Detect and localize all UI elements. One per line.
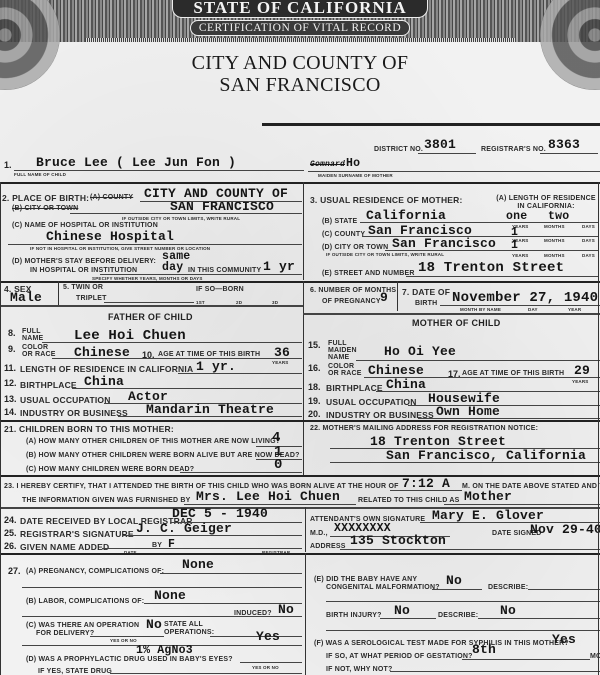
md-label: M.D., [310,530,328,537]
res-unit-days-3: DAYS [582,253,595,258]
mother-maiden-surname: Ho [346,157,360,170]
header-rule [262,123,600,126]
furnished-by: Mrs. Lee Hoi Chuen [196,489,340,504]
section-divider [0,475,600,477]
father-industry-label: INDUSTRY OR BUSINESS [20,408,128,418]
injury-describe-value: No [500,603,516,618]
mailing-label: 22. MOTHER'S MAILING ADDRESS FOR REGISTR… [310,425,538,432]
children-c-label: (C) HOW MANY CHILDREN WERE BORN DEAD? [26,466,194,473]
city-title-line1: CITY AND COUNTY OF [0,52,600,75]
mother-birthplace: China [386,377,426,392]
date-signed: Nov 29-40 [530,522,600,537]
place-of-birth-label: 2. PLACE OF BIRTH: [2,193,89,203]
stay-line [100,274,302,275]
date-received: DEC 5 - 1940 [172,506,268,521]
section-divider [0,420,600,422]
injury-value: No [394,603,410,618]
twin-label-1: 5. TWIN OR [63,284,103,291]
mother-race-label: COLOR OR RACE [328,363,364,377]
mailing-line1: 18 Trenton Street [370,434,506,449]
field-11-number: 11. [4,363,16,373]
father-age-label: AGE AT TIME OF THIS BIRTH [158,351,260,358]
related-as: Mother [464,489,512,504]
field-14-number: 14. [4,407,17,417]
father-residence: 1 yr. [196,359,236,374]
rural-note: IF OUTSIDE CITY OR TOWN LIMITS, WRITE RU… [122,216,240,221]
res-state: California [366,208,446,223]
malformation-value: No [446,573,462,588]
comp-f-period-line [462,659,590,660]
registrar-signature: J. C. Geiger [136,521,232,536]
gestation-period: 8th [472,642,496,657]
father-race-label: COLOR OR RACE [22,344,56,358]
comp-e-describe-line [528,589,600,590]
mother-occupation-label: USUAL OCCUPATION [326,397,417,407]
father-industry: Mandarin Theatre [146,402,274,417]
mother-birthplace-label: BIRTHPLACE [326,383,383,393]
injury-line2 [326,630,600,631]
pob-line2 [70,213,302,214]
mother-name: Ho Oi Yee [384,344,456,359]
comp-f-label: (F) WAS A SEROLOGICAL TEST MADE FOR SYPH… [314,640,569,647]
given-by-label: BY [152,542,162,549]
children-label: 21. CHILDREN BORN TO THIS MOTHER: [4,424,174,434]
prophylactic-drug: 1% AgNo3 [136,644,193,657]
father-occupation-label: USUAL OCCUPATION [20,395,111,405]
father-industry-line [118,416,302,417]
attendant-address: 135 Stockton [350,533,446,548]
pregnancy-label-2: OF PREGNANCY [322,298,381,305]
comp-c-label-1: (C) WAS THERE AN OPERATION [26,622,139,629]
mother-industry-line [418,418,600,419]
mother-maiden-struck: Gomnard [310,160,345,169]
attendant-signature: Mary E. Glover [432,508,544,523]
section-divider [0,281,600,283]
section-divider [0,182,600,184]
state-banner: STATE OF CALIFORNIA [172,0,428,18]
comp-e-line [432,589,482,590]
address-line [340,549,600,550]
district-number: 3801 [424,137,456,152]
dob-sub-year: YEAR [568,307,581,312]
column-divider-a [303,182,304,280]
row-rule [303,313,600,315]
field-1-number: 1. [4,160,12,170]
pregnancy-months: 9 [380,290,388,305]
furnished-line [184,504,356,505]
res-state-label: (B) STATE [322,218,357,225]
comp-e-label-1: (E) DID THE BABY HAVE ANY [314,576,417,583]
comp-f-period-label: IF SO, AT WHAT PERIOD OF GESTATION? [326,653,473,660]
comp-d-label: (D) WAS A PROPHYLACTIC DRUG USED IN BABY… [26,656,233,663]
children-a-label: (A) HOW MANY OTHER CHILDREN OF THIS MOTH… [26,438,280,445]
child-name-label: FULL NAME OF CHILD [14,172,66,177]
dob-label-1: 7. DATE OF [402,287,450,297]
father-section-title: FATHER OF CHILD [108,312,193,322]
comp-e-label-2: CONGENITAL MALFORMATION? [326,584,440,591]
res-city-line [385,250,598,251]
comp-d-state-label: IF YES, STATE DRUG [38,668,112,675]
res-city-note: IF OUTSIDE CITY OR TOWN LIMITS, WRITE RU… [326,252,444,257]
mother-maiden-line [308,171,600,172]
mother-maiden-label: MAIDEN SURNAME OF MOTHER [318,173,393,178]
column-divider-b [303,281,304,475]
mother-section-title: MOTHER OF CHILD [412,318,501,328]
dob-line [440,305,600,306]
mailing-line2-rule [330,462,600,463]
mother-industry: Own Home [436,404,500,419]
father-residence-line [178,373,302,374]
residence-length-label: (A) LENGTH OF RESIDENCE IN CALIFORNIA: [496,195,596,211]
pob-line1 [140,201,302,202]
struck-city-label: (B) CITY OR TOWN [12,205,78,212]
dob-label-2: BIRTH [415,300,437,307]
res-street: 18 Trenton Street [418,260,564,276]
comp-d-line [240,662,302,663]
column-divider-d [305,553,306,675]
section-divider [0,553,600,555]
comp-c-yes-no: YES OR NO [110,638,137,643]
res-unit-months-1: MONTHS [544,224,565,229]
field-16-number: 16. [308,363,321,373]
twin-line [104,302,194,303]
father-birthplace: China [84,374,124,389]
certification-banner: CERTIFICATION OF VITAL RECORD [190,20,410,36]
res-street-line [406,276,598,277]
twin-born-label: IF SO—BORN [196,286,244,293]
children-b-label: (B) HOW MANY OTHER CHILDREN WERE BORN AL… [26,452,300,459]
registrar-label: REGISTRAR'S NO. [481,146,546,153]
children-c-line [180,472,302,473]
registrar-line [540,153,598,154]
field-27-number: 27. [8,566,21,576]
field-18-number: 18. [308,382,321,392]
dob-sub-month: MONTH BY NAME [460,307,501,312]
injury-describe-line [478,618,600,619]
mailing-line2: San Francisco, California [386,448,586,463]
mother-age-unit: YEARS [572,379,589,384]
city-title-line2: SAN FRANCISCO [0,74,600,97]
community-value: 1 yr [263,259,295,274]
father-age-unit: YEARS [272,360,289,365]
certify-text-3: THE INFORMATION GIVEN WAS FURNISHED BY [22,497,190,504]
father-birthplace-label: BIRTHPLACE [20,380,77,390]
comp-c-state-2: OPERATIONS: [164,629,214,636]
comp-d-state-line [110,673,302,674]
res-county-label: (C) COUNTY [322,231,365,238]
comp-c-state-1: STATE ALL [164,621,203,628]
serological-test: Yes [552,632,576,647]
comp-labor: None [154,588,186,603]
children-stillborn: 0 [274,457,283,473]
field-15-number: 15. [308,340,321,350]
field-9-number: 9. [8,344,16,354]
registrar-number: 8363 [548,137,580,152]
operation-extra: Yes [256,629,280,644]
comp-a-label: (A) PREGNANCY, COMPLICATIONS OF: [26,568,164,575]
field-25-number: 25. [4,528,17,538]
res-city-label: (D) CITY OR TOWN [322,244,388,251]
res-unit-years-3: YEARS [512,253,529,258]
registrar-signature-line [122,535,302,536]
field-19-number: 19. [308,396,321,406]
field-26-number: 26. [4,541,17,551]
child-name: Bruce Lee ( Lee Jun Fon ) [36,155,236,170]
comp-d-yes-no: YES OR NO [252,665,279,670]
injury-label: BIRTH INJURY? [326,612,382,619]
field-12-number: 12. [4,378,17,388]
given-by: F [168,538,175,551]
birth-hour: 7:12 A [402,476,450,491]
hospital-line [8,244,302,245]
sex-value: Male [10,290,42,305]
mother-race: Chinese [368,363,424,378]
induced-value: No [278,602,294,617]
stay-label-2: IN HOSPITAL OR INSTITUTION [30,267,137,274]
twin-label-2: TRIPLET [76,295,107,302]
dob-sub-day: DAY [528,307,538,312]
injury-describe-label: DESCRIBE: [438,612,478,619]
comp-pregnancy: None [182,557,214,572]
mother-name-label: FULL MAIDEN NAME [328,340,360,361]
field-13-number: 13. [4,394,17,404]
sex-divider [58,281,59,305]
injury-line [380,618,436,619]
struck-county-label: (A) COUNTY [90,194,133,201]
field-20-number: 20. [308,409,321,419]
related-label: RELATED TO THIS CHILD AS [358,497,460,504]
mother-age-label: AGE AT TIME OF THIS BIRTH [462,370,564,377]
child-name-line [14,170,304,171]
date-of-birth: November 27, 1940 [452,290,598,306]
father-name-label: FULL NAME [22,328,52,342]
res-unit-days-1: DAYS [582,224,595,229]
stay-label-1: (D) MOTHER'S STAY BEFORE DELIVERY: [12,258,156,265]
form-right-border [598,182,599,675]
stay-value-2: day [162,261,183,274]
father-name-line [42,342,302,343]
registrar-signature-label: REGISTRAR'S SIGNATURE [20,529,134,539]
res-street-label: (E) STREET AND NUMBER [322,270,415,277]
field-24-number: 24. [4,515,17,525]
comp-e-describe: DESCRIBE: [488,584,528,591]
comp-c-label-2: FOR DELIVERY? [36,630,94,637]
father-race-line [52,358,302,359]
hospital-name: Chinese Hospital [46,229,174,244]
res-city: San Francisco [392,236,496,251]
father-residence-label: LENGTH OF RESIDENCE IN CALIFORNIA [20,364,193,374]
res-unit-days-2: DAYS [582,238,595,243]
given-name-line [102,548,302,549]
dob-divider [397,281,398,311]
mother-name-line [356,360,600,361]
residence-label: 3. USUAL RESIDENCE OF MOTHER: [310,195,463,205]
mother-age: 29 [574,363,590,378]
hospital-label: (C) NAME OF HOSPITAL OR INSTITUTION [12,222,158,229]
given-name-label: GIVEN NAME ADDED [20,542,109,552]
birth-certificate: STATE OF CALIFORNIA CERTIFICATION OF VIT… [0,0,600,675]
district-label: DISTRICT NO. [374,146,423,153]
hour-line [390,490,462,491]
res-unit-months-3: MONTHS [544,253,565,258]
father-birthplace-line [72,388,302,389]
comp-c-line [90,636,164,637]
related-line [444,504,600,505]
comp-f-why-line [390,671,600,672]
row-rule [0,305,303,307]
field-8-number: 8. [8,328,16,338]
district-line [418,153,476,154]
community-label: IN THIS COMMUNITY [188,267,261,274]
comp-a-line [160,573,302,574]
comp-b-label: (B) LABOR, COMPLICATIONS OF: [26,598,144,605]
operation-value: No [146,617,162,632]
res-unit-months-2: MONTHS [544,238,565,243]
comp-f-why-label: IF NOT, WHY NOT? [326,666,392,673]
form-left-border [0,182,1,675]
column-divider-c [305,507,306,552]
comp-e-line2 [326,601,600,602]
